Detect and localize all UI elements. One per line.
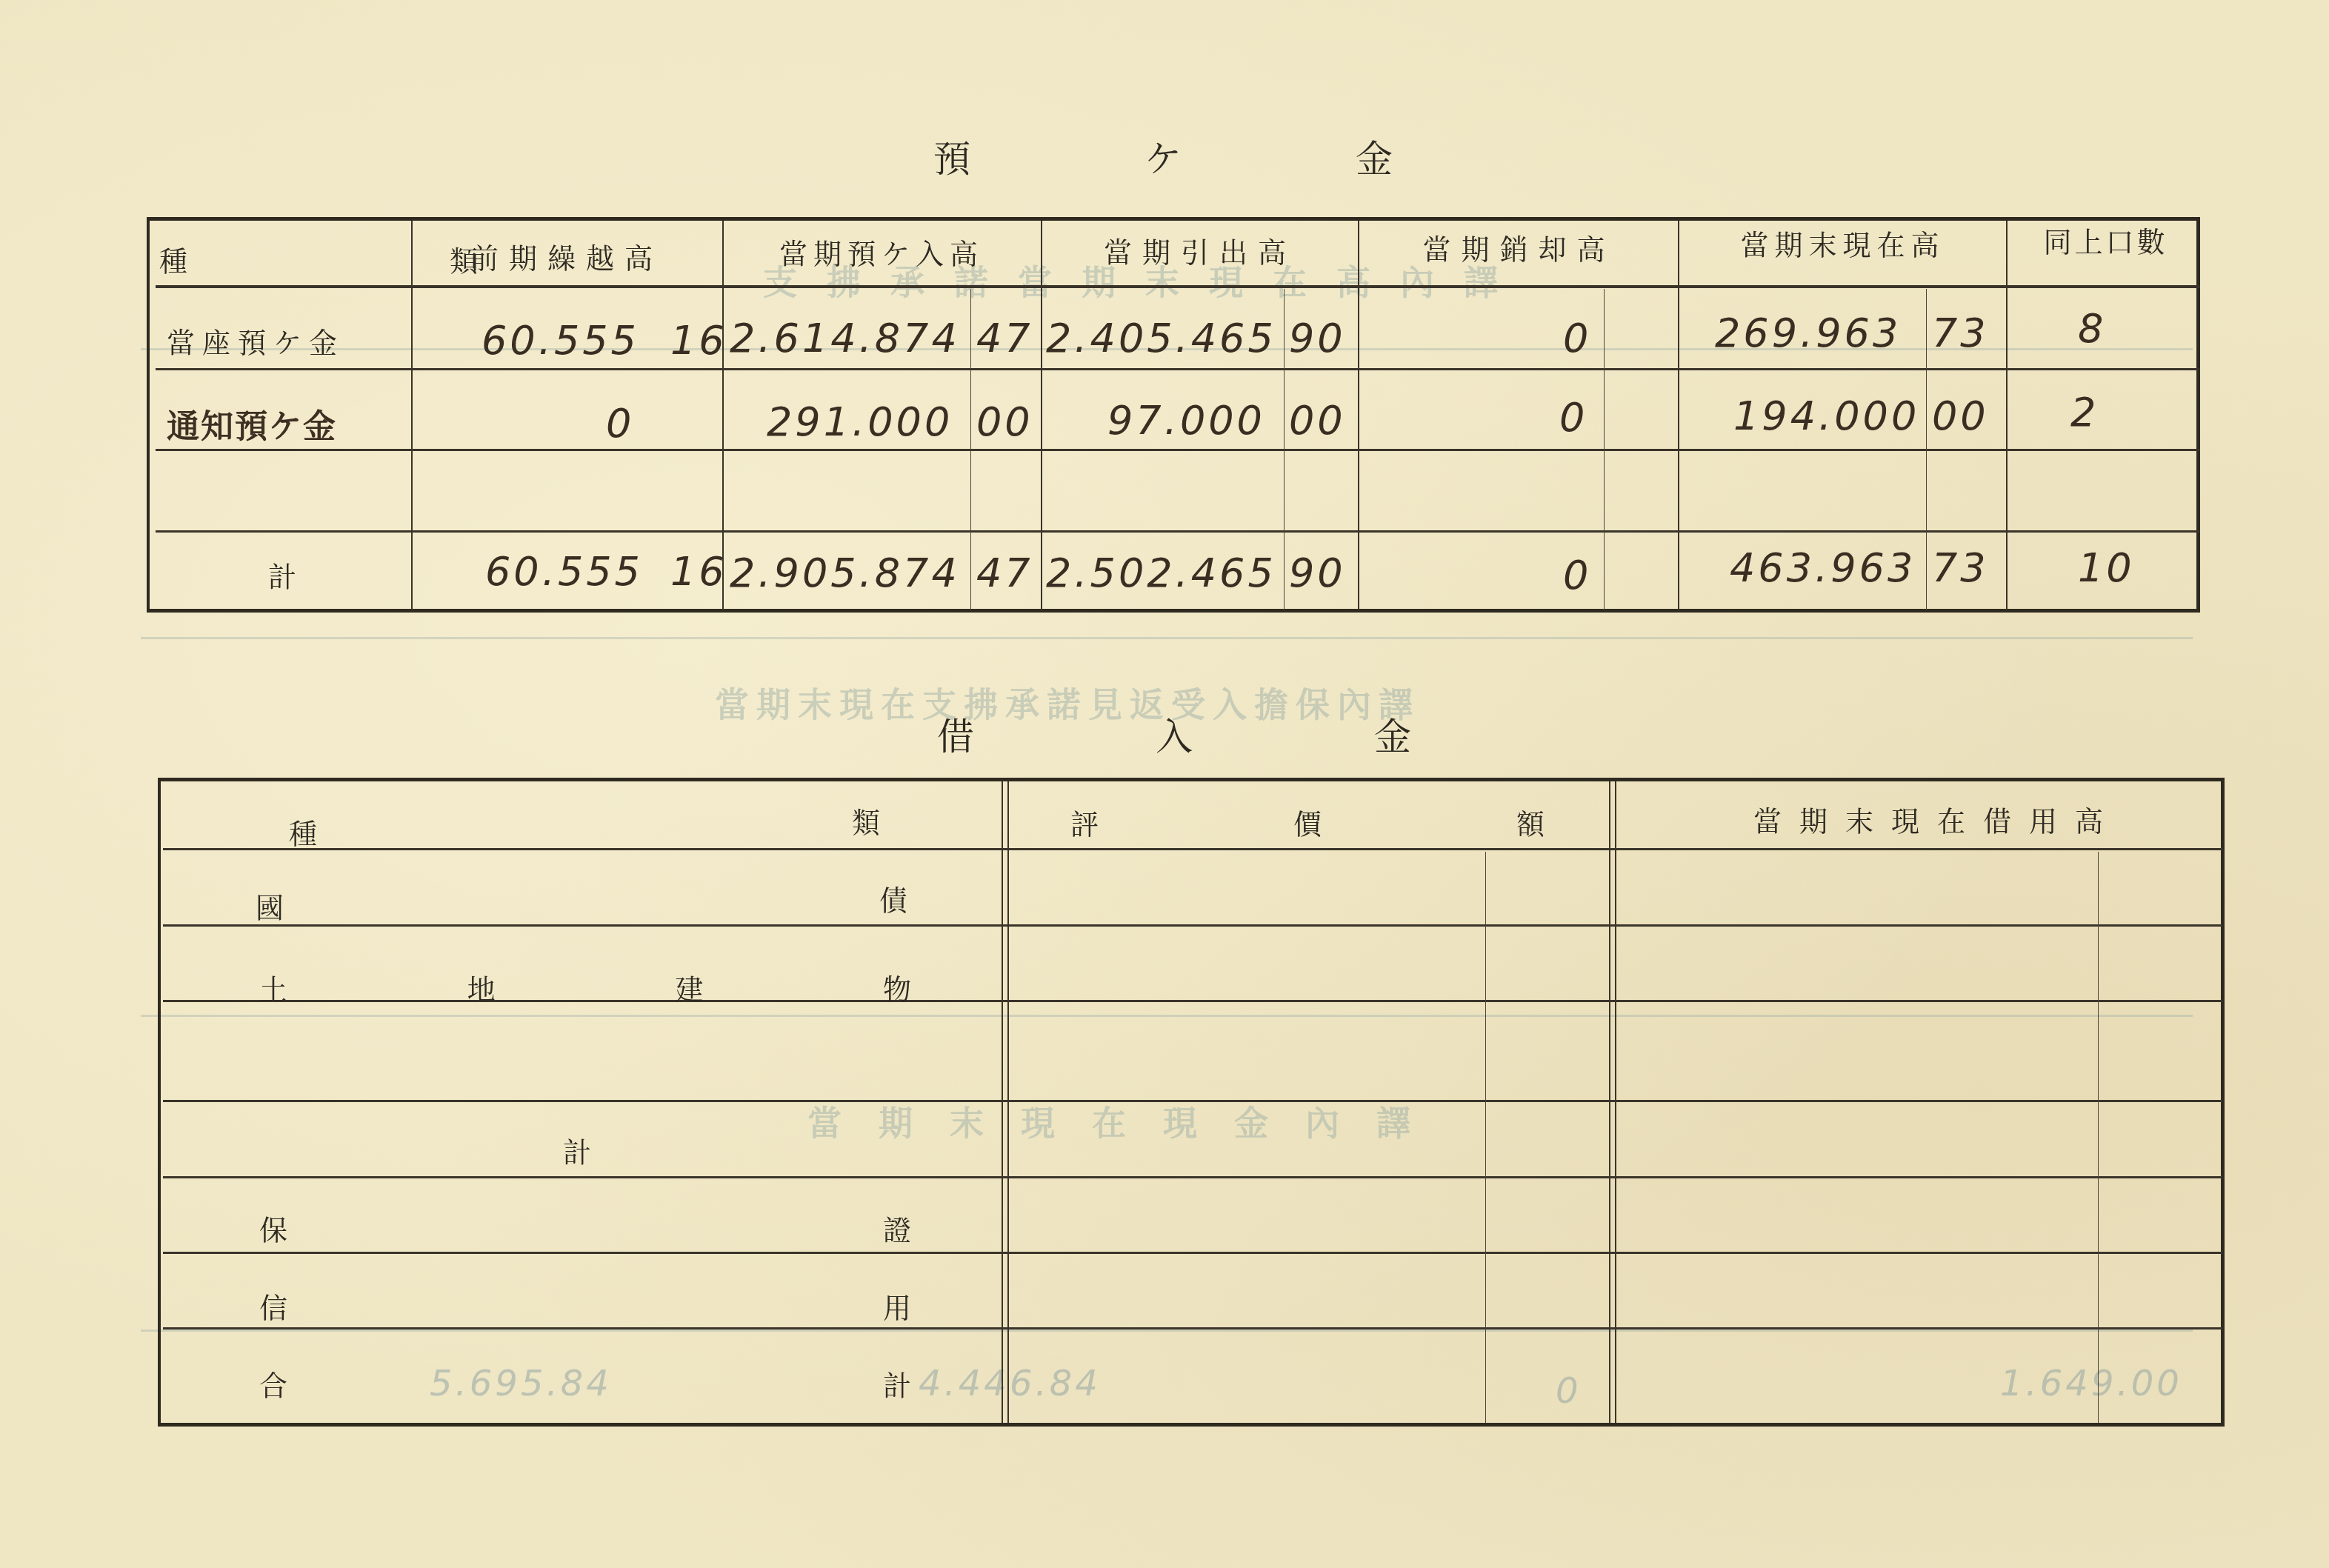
row-label-grand-total: 合 計 — [259, 1363, 911, 1404]
row-type-handwritten: 通知預ケ金 — [167, 400, 337, 447]
row-divider — [156, 530, 2200, 533]
row-divider — [163, 1100, 2222, 1102]
label-char: 計 — [883, 1363, 911, 1404]
deposited-sen: 00 — [976, 398, 1033, 445]
row-divider — [156, 368, 2200, 370]
header-type-right: 類 — [852, 800, 880, 841]
withdrawn-value: 2.405.465 — [1046, 315, 1276, 361]
title-char: 金 — [1374, 707, 1411, 761]
row-divider — [163, 1252, 2222, 1254]
deposited-value: 291.000 — [767, 398, 953, 445]
label-char: 用 — [883, 1285, 911, 1326]
col-divider — [1615, 781, 1616, 1423]
sen-divider — [1604, 289, 1605, 610]
total-prev-balance-sen: 16 — [670, 548, 727, 595]
label-char: 合 — [259, 1363, 287, 1404]
current-balance-value: 194.000 — [1733, 393, 1919, 439]
total-withdrawn: 2.502.465 — [1046, 550, 1276, 596]
row-divider — [163, 1327, 2222, 1330]
label-char: 證 — [883, 1207, 911, 1248]
label-char: 土 — [259, 967, 287, 1007]
deposited-sen: 47 — [976, 315, 1033, 361]
title-char: 金 — [1356, 130, 1393, 183]
col-divider — [1007, 781, 1009, 1423]
row-label-guarantee: 保 證 — [259, 1207, 911, 1248]
prev-balance-value: 60.555 — [482, 317, 639, 364]
col-divider — [411, 221, 413, 610]
row-label-credit: 信 用 — [259, 1285, 911, 1326]
header-prev-balance: 前期繰越高 — [419, 236, 715, 276]
col-divider — [1609, 781, 1610, 1423]
label-char: 物 — [883, 967, 911, 1007]
header-divider — [156, 285, 2200, 288]
header-char: 價 — [1293, 801, 1322, 842]
sen-divider — [1284, 289, 1285, 610]
header-divider — [163, 848, 2222, 850]
label-char: 國 — [256, 885, 284, 926]
total-count: 10 — [2078, 544, 2135, 591]
header-type-left: 種 — [289, 811, 317, 852]
current-balance-sen: 00 — [1932, 393, 1989, 439]
sen-divider — [1485, 852, 1486, 1423]
bleed-line — [141, 637, 2193, 639]
sen-divider — [970, 289, 971, 610]
title-char: 入 — [1156, 707, 1193, 761]
col-divider — [1041, 221, 1042, 610]
header-current-balance: 當期末現在高 — [1685, 222, 2000, 263]
header-written-off: 當期銷却高 — [1365, 227, 1673, 267]
header-valuation: 評 價 額 — [1070, 801, 1545, 842]
sen-divider — [2098, 852, 2099, 1423]
deposited-value: 2.614.874 — [730, 315, 960, 361]
header-type: 種 類 — [159, 238, 404, 279]
total-label: 計 — [268, 554, 296, 595]
header-current-borrowed: 當期末現在借用高 — [1656, 798, 2219, 839]
label-char: 債 — [879, 878, 907, 926]
row-label-land-buildings: 土 地 建 物 — [259, 967, 911, 1007]
deposits-title: 預 ケ 金 — [933, 130, 1393, 183]
header-deposited: 當期預ケ入高 — [730, 231, 1033, 272]
total-current-balance: 463.963 — [1730, 544, 1916, 591]
col-divider — [1358, 221, 1359, 610]
written-off-value: 0 — [1559, 394, 1587, 441]
prev-balance-sen: 16 — [670, 317, 727, 364]
row-label-national-bonds: 國 債 — [256, 885, 907, 926]
total-deposited-sen: 47 — [976, 550, 1033, 596]
prev-balance-value: 0 — [606, 400, 634, 447]
count-value: 8 — [2078, 305, 2106, 352]
label-char: 保 — [259, 1207, 287, 1248]
total-withdrawn-sen: 90 — [1289, 550, 1346, 596]
row-divider — [163, 1176, 2222, 1178]
header-char: 評 — [1070, 801, 1099, 842]
row-divider — [156, 449, 2200, 451]
row-label-subtotal: 計 — [563, 1130, 591, 1170]
header-char: 額 — [1516, 801, 1545, 842]
header-count: 同上口數 — [2011, 219, 2200, 260]
label-char: 地 — [467, 967, 496, 1007]
total-written-off: 0 — [1563, 552, 1591, 598]
count-value: 2 — [2070, 389, 2099, 436]
written-off-value: 0 — [1563, 315, 1591, 361]
col-divider — [1002, 781, 1003, 1423]
title-char: 預 — [933, 130, 970, 183]
title-char: 借 — [937, 707, 974, 761]
current-balance-sen: 73 — [1932, 310, 1989, 356]
title-char: ケ — [1144, 130, 1182, 183]
withdrawn-sen: 00 — [1289, 397, 1346, 444]
sen-divider — [1926, 289, 1927, 610]
current-balance-value: 269.963 — [1715, 310, 1901, 356]
header-withdrawn: 當期引出高 — [1048, 230, 1352, 270]
col-divider — [1678, 221, 1679, 610]
row-type: 當座預ケ金 — [167, 320, 344, 361]
total-current-balance-sen: 73 — [1932, 544, 1989, 591]
borrowings-title: 借 入 金 — [937, 707, 1411, 761]
label-char: 建 — [675, 967, 703, 1007]
col-divider — [2006, 221, 2008, 610]
total-deposited: 2.905.874 — [730, 550, 960, 596]
total-prev-balance: 60.555 — [485, 548, 643, 595]
withdrawn-sen: 90 — [1289, 315, 1346, 361]
withdrawn-value: 97.000 — [1107, 397, 1265, 444]
label-char: 信 — [259, 1285, 287, 1326]
